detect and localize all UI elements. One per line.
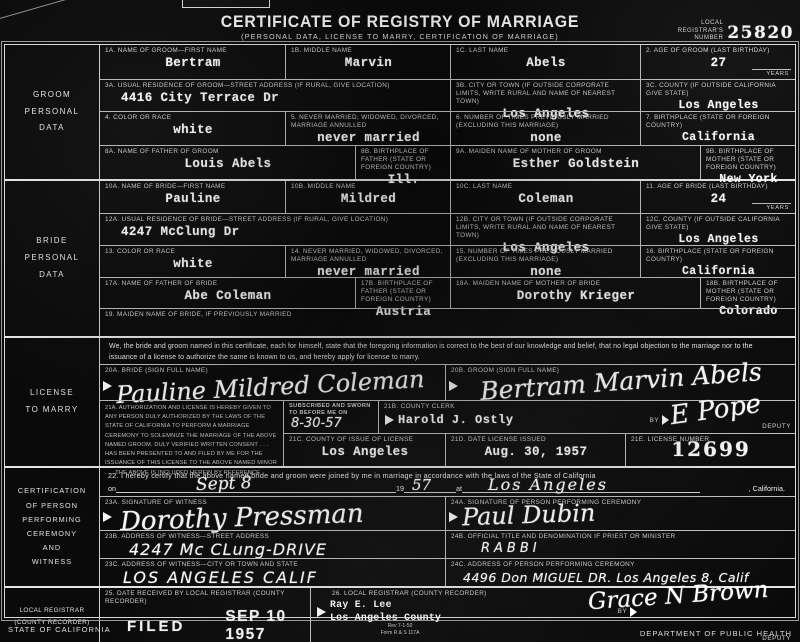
field-8a-label: 8A. NAME OF FATHER OF GROOM: [105, 148, 351, 156]
field-17a-value: Abe Coleman: [105, 289, 351, 303]
field-14: 14. NEVER MARRIED, WIDOWED, DIVORCED, MA…: [285, 246, 450, 277]
field-23a: 23A. SIGNATURE OF WITNESS Dorothy Pressm…: [100, 497, 445, 530]
field-1b: 1B. MIDDLE NAME Marvin: [285, 45, 450, 79]
field-10b-label: 10B. MIDDLE NAME: [291, 183, 446, 191]
field-4-value: white: [105, 123, 281, 137]
field-21b: 21B. COUNTY CLERK Harold J. Ostly BY: [378, 401, 795, 433]
certification-sidebar-label: CERTIFICATION OF PERSON PERFORMING CEREM…: [5, 468, 100, 586]
field-19-label: 19. MAIDEN NAME OF BRIDE, IF PREVIOUSLY …: [105, 311, 791, 319]
pointer-arrow-icon: [385, 415, 394, 425]
field-8a-value: Louis Abels: [105, 157, 351, 171]
field-1a-value: Bertram: [105, 56, 281, 70]
field-23c: 23C. ADDRESS OF WITNESS—CITY OR TOWN AND…: [100, 559, 445, 586]
field-13-value: white: [105, 257, 281, 271]
bride-section: BRIDE PERSONAL DATA 10A. NAME OF BRIDE—F…: [5, 179, 795, 336]
field-9a-value: Esther Goldstein: [456, 157, 696, 171]
local-registrar-number-label: LOCAL REGISTRAR'S NUMBER: [678, 20, 724, 43]
field-3c-label: 3C. COUNTY (IF OUTSIDE CALIFORNIA GIVE S…: [646, 82, 791, 98]
field-11-unit: YEARS: [752, 203, 791, 211]
field-3b-label: 3B. CITY OR TOWN (IF OUTSIDE CORPORATE L…: [456, 82, 636, 106]
license-sidebar-label: LICENSE TO MARRY: [5, 338, 100, 466]
field-7: 7. BIRTHPLACE (STATE OR FOREIGN COUNTRY)…: [640, 112, 795, 145]
field-6: 6. NUMBER OF TIMES PREVIOUSLY MARRIED (E…: [450, 112, 640, 145]
field-2-label: 2. AGE OF GROOM (LAST BIRTHDAY): [646, 47, 791, 55]
field-21d-label: 21D. DATE LICENSE ISSUED: [451, 436, 621, 444]
field-9b: 9B. BIRTHPLACE OF MOTHER (STATE OR FOREI…: [700, 146, 795, 179]
field-21c-label: 21C. COUNTY OF ISSUE OF LICENSE: [289, 436, 441, 444]
witness-city-handwritten: LOS ANGELES CALIF: [123, 568, 441, 587]
field-8a: 8A. NAME OF FATHER OF GROOM Louis Abels: [100, 146, 355, 179]
sworn-date-value: 8-30-57: [291, 416, 374, 431]
field-3b: 3B. CITY OR TOWN (IF OUTSIDE CORPORATE L…: [450, 80, 640, 111]
performer-signature: Paul Dubin: [462, 501, 596, 530]
field-10c-label: 10C. LAST NAME: [456, 183, 636, 191]
field-9a-label: 9A. MAIDEN NAME OF MOTHER OF GROOM: [456, 148, 696, 156]
field-14-label: 14. NEVER MARRIED, WIDOWED, DIVORCED, MA…: [291, 248, 446, 264]
pointer-arrow-icon: [449, 381, 458, 391]
field-24c-label: 24C. ADDRESS OF PERSON PERFORMING CEREMO…: [451, 561, 791, 569]
field-4-label: 4. COLOR OR RACE: [105, 114, 281, 122]
pointer-arrow-icon: [103, 512, 112, 522]
field-21e: 21E. LICENSE NUMBER 12699: [625, 434, 795, 466]
local-registrar-number-value: 25820: [727, 23, 794, 43]
certificate-form: GROOM PERSONAL DATA 1A. NAME OF GROOM—FI…: [4, 44, 796, 618]
field-6-value: none: [456, 131, 636, 145]
field-17b: 17B. BIRTHPLACE OF FATHER (STATE OR FORE…: [355, 278, 450, 308]
field-12b: 12B. CITY OR TOWN (IF OUTSIDE CORPORATE …: [450, 214, 640, 245]
pointer-arrow-icon: [317, 607, 326, 617]
field-1a: 1A. NAME OF GROOM—FIRST NAME Bertram: [100, 45, 285, 79]
field-18a-value: Dorothy Krieger: [456, 289, 696, 303]
field-18a: 18A. MAIDEN NAME OF MOTHER OF BRIDE Doro…: [450, 278, 700, 308]
field-5-value: never married: [291, 131, 446, 145]
field-12b-label: 12B. CITY OR TOWN (IF OUTSIDE CORPORATE …: [456, 216, 636, 240]
field-21d-value: Aug. 30, 1957: [451, 445, 621, 459]
field-5-label: 5. NEVER MARRIED, WIDOWED, DIVORCED, MAR…: [291, 114, 446, 130]
field-2: 2. AGE OF GROOM (LAST BIRTHDAY) 27 YEARS: [640, 45, 795, 79]
field-12a-value: 4247 McClung Dr: [105, 225, 446, 239]
witness-street-handwritten: 4247 Mc CLung-DRIVE: [129, 540, 441, 559]
field-12c: 12C. COUNTY (IF OUTSIDE CALIFORNIA GIVE …: [640, 214, 795, 245]
field-22: 22. I hereby certify that the above name…: [100, 468, 795, 496]
field-23b: 23B. ADDRESS OF WITNESS—STREET ADDRESS 4…: [100, 531, 445, 558]
on-label: on: [108, 484, 116, 493]
by-label: BY: [650, 417, 659, 424]
state-suffix: , California.: [749, 484, 789, 493]
field-10b: 10B. MIDDLE NAME Mildred: [285, 181, 450, 213]
field-8b: 8B. BIRTHPLACE OF FATHER (STATE OR FOREI…: [355, 146, 450, 179]
field-3a-label: 3A. USUAL RESIDENCE OF GROOM—STREET ADDR…: [105, 82, 446, 90]
field-16-label: 16. BIRTHPLACE (STATE OR FOREIGN COUNTRY…: [646, 248, 791, 264]
field-24b-label: 24B. OFFICIAL TITLE AND DENOMINATION IF …: [451, 533, 791, 541]
field-3c: 3C. COUNTY (IF OUTSIDE CALIFORNIA GIVE S…: [640, 80, 795, 111]
marriage-date-line: Sept 8: [116, 481, 396, 493]
license-statement-text: We, the bride and groom named in this ce…: [100, 338, 795, 365]
field-2-unit: YEARS: [752, 69, 791, 77]
field-12c-label: 12C. COUNTY (IF OUTSIDE CALIFORNIA GIVE …: [646, 216, 791, 232]
field-3a: 3A. USUAL RESIDENCE OF GROOM—STREET ADDR…: [100, 80, 450, 111]
field-21a-text: 21A. AUTHORIZATION AND LICENSE IS HEREBY…: [100, 401, 283, 478]
field-21c: 21C. COUNTY OF ISSUE OF LICENSE Los Ange…: [283, 434, 445, 466]
local-registrar-number-block: LOCAL REGISTRAR'S NUMBER 25820: [678, 20, 794, 43]
field-9a: 9A. MAIDEN NAME OF MOTHER OF GROOM Esthe…: [450, 146, 700, 179]
field-13-label: 13. COLOR OR RACE: [105, 248, 281, 256]
field-12a-label: 12A. USUAL RESIDENCE OF BRIDE—STREET ADD…: [105, 216, 446, 224]
field-1c-value: Abels: [456, 56, 636, 70]
field-17a-label: 17A. NAME OF FATHER OF BRIDE: [105, 280, 351, 288]
field-1a-label: 1A. NAME OF GROOM—FIRST NAME: [105, 47, 281, 55]
field-1c-label: 1C. LAST NAME: [456, 47, 636, 55]
header: CERTIFICATE OF REGISTRY OF MARRIAGE (PER…: [0, 0, 800, 44]
field-1c: 1C. LAST NAME Abels: [450, 45, 640, 79]
field-17a: 17A. NAME OF FATHER OF BRIDE Abe Coleman: [100, 278, 355, 308]
field-3a-value: 4416 City Terrace Dr: [105, 91, 446, 105]
field-24b: 24B. OFFICIAL TITLE AND DENOMINATION IF …: [445, 531, 795, 558]
field-18b-label: 18B. BIRTHPLACE OF MOTHER (STATE OR FORE…: [706, 280, 791, 304]
field-9b-label: 9B. BIRTHPLACE OF MOTHER (STATE OR FOREI…: [706, 148, 791, 172]
field-1b-value: Marvin: [291, 56, 446, 70]
field-10a-value: Pauline: [105, 192, 281, 206]
field-13: 13. COLOR OR RACE white: [100, 246, 285, 277]
field-8b-label: 8B. BIRTHPLACE OF FATHER (STATE OR FOREI…: [361, 148, 446, 172]
pointer-arrow-icon: [449, 512, 458, 522]
marriage-date-handwritten: Sept 8: [196, 475, 252, 494]
marriage-year-line: 57: [404, 481, 456, 493]
field-25-label: 25. DATE RECEIVED BY LOCAL REGISTRAR (CO…: [105, 590, 306, 606]
field-21c-value: Los Angeles: [289, 445, 441, 459]
field-15: 15. NUMBER OF TIMES PREVIOUSLY MARRIED (…: [450, 246, 640, 277]
license-statement: We, the bride and groom named in this ce…: [100, 338, 795, 364]
field-11: 11. AGE OF BRIDE (LAST BIRTHDAY) 24 YEAR…: [640, 181, 795, 213]
field-7-value: California: [646, 131, 791, 144]
marriage-place-handwritten: Los Angeles: [488, 477, 608, 493]
field-1b-label: 1B. MIDDLE NAME: [291, 47, 446, 55]
bride-sidebar-label: BRIDE PERSONAL DATA: [5, 181, 100, 336]
field-20a: 20A. BRIDE (SIGN FULL NAME) Pauline Mild…: [100, 365, 445, 400]
field-10b-value: Mildred: [291, 192, 446, 206]
county-clerk-name: Harold J. Ostly: [398, 413, 514, 427]
groom-sidebar-label: GROOM PERSONAL DATA: [5, 45, 100, 179]
field-5: 5. NEVER MARRIED, WIDOWED, DIVORCED, MAR…: [285, 112, 450, 145]
field-21a: 21A. AUTHORIZATION AND LICENSE IS HEREBY…: [100, 401, 283, 466]
pointer-arrow-icon: [662, 415, 669, 425]
field-10c-value: Coleman: [456, 192, 636, 206]
license-right-grid: SUBSCRIBED AND SWORN TO BEFORE ME ON 8-3…: [283, 401, 795, 466]
groom-section: GROOM PERSONAL DATA 1A. NAME OF GROOM—FI…: [5, 45, 795, 179]
certificate-photostat: CERTIFICATE OF REGISTRY OF MARRIAGE (PER…: [0, 0, 800, 642]
deputy-label: DEPUTY: [762, 423, 791, 430]
field-19: 19. MAIDEN NAME OF BRIDE, IF PREVIOUSLY …: [100, 309, 795, 336]
field-16: 16. BIRTHPLACE (STATE OR FOREIGN COUNTRY…: [640, 246, 795, 277]
field-10a: 10A. NAME OF BRIDE—FIRST NAME Pauline: [100, 181, 285, 213]
field-24a: 24A. SIGNATURE OF PERSON PERFORMING CERE…: [445, 497, 795, 530]
document-title: CERTIFICATE OF REGISTRY OF MARRIAGE: [16, 13, 784, 32]
field-18b: 18B. BIRTHPLACE OF MOTHER (STATE OR FORE…: [700, 278, 795, 308]
footer-strip: STATE OF CALIFORNIA Rev 7-1-50 Form R & …: [0, 621, 800, 642]
registrar-name: Ray E. Lee: [330, 599, 441, 612]
field-15-label: 15. NUMBER OF TIMES PREVIOUSLY MARRIED (…: [456, 248, 636, 264]
field-11-label: 11. AGE OF BRIDE (LAST BIRTHDAY): [646, 183, 791, 191]
marriage-year-handwritten: 57: [412, 478, 431, 493]
field-2-value: 27: [646, 56, 791, 70]
pointer-arrow-icon: [103, 381, 112, 391]
field-17b-label: 17B. BIRTHPLACE OF FATHER (STATE OR FORE…: [361, 280, 446, 304]
field-4: 4. COLOR OR RACE white: [100, 112, 285, 145]
certification-section: CERTIFICATION OF PERSON PERFORMING CEREM…: [5, 466, 795, 586]
field-12a: 12A. USUAL RESIDENCE OF BRIDE—STREET ADD…: [100, 214, 450, 245]
footer-department: DEPARTMENT OF PUBLIC HEALTH: [640, 629, 792, 638]
field-21d: 21D. DATE LICENSE ISSUED Aug. 30, 1957: [445, 434, 625, 466]
year-prefix: 19: [396, 484, 404, 493]
field-6-label: 6. NUMBER OF TIMES PREVIOUSLY MARRIED (E…: [456, 114, 636, 130]
field-10a-label: 10A. NAME OF BRIDE—FIRST NAME: [105, 183, 281, 191]
official-title-handwritten: RABBI: [481, 541, 791, 556]
field-18a-label: 18A. MAIDEN NAME OF MOTHER OF BRIDE: [456, 280, 696, 288]
field-10c: 10C. LAST NAME Coleman: [450, 181, 640, 213]
marriage-place-line: Los Angeles: [462, 481, 700, 493]
sworn-box: SUBSCRIBED AND SWORN TO BEFORE ME ON 8-3…: [283, 401, 378, 433]
field-7-label: 7. BIRTHPLACE (STATE OR FOREIGN COUNTRY): [646, 114, 791, 130]
license-section: LICENSE TO MARRY We, the bride and groom…: [5, 336, 795, 466]
